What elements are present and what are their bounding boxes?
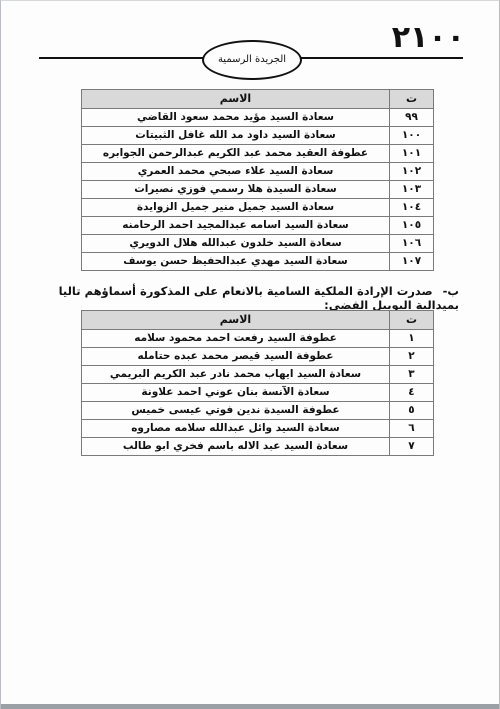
row-index: ١٠١ <box>390 145 434 163</box>
page-bottom-edge <box>1 704 499 709</box>
row-name: سعادة السيد عبد الاله باسم فخري ابو طالب <box>82 438 390 456</box>
silver-jubilee-table: ت الاسم ١عطوفة السيد رفعت احمد محمود سلا… <box>81 310 434 456</box>
row-index: ٩٩ <box>390 109 434 127</box>
table-row: ٣سعادة السيد ايهاب محمد نادر عبد الكريم … <box>82 366 434 384</box>
row-name: سعادة السيد خلدون عبدالله هلال الدويري <box>82 235 390 253</box>
table-row: ٧سعادة السيد عبد الاله باسم فخري ابو طال… <box>82 438 434 456</box>
gazette-page: ٢١٠٠ الجريدة الرسمية ت الاسم ٩٩سعادة الس… <box>0 0 500 709</box>
row-index: ٥ <box>390 402 434 420</box>
row-name: سعادة السيد ايهاب محمد نادر عبد الكريم ا… <box>82 366 390 384</box>
row-name: سعادة السيد علاء صبحي محمد العمري <box>82 163 390 181</box>
row-name: سعادة السيد جميل منير جميل الزوايدة <box>82 199 390 217</box>
section-b-text: صدرت الإرادة الملكية السامية بالانعام عل… <box>59 284 459 312</box>
table-row: ١٠٠سعادة السيد داود مد الله غافل الثبيتا… <box>82 127 434 145</box>
row-name: سعادة السيد اسامه عبدالمجيد احمد الرحامن… <box>82 217 390 235</box>
name-column-header: الاسم <box>82 311 390 330</box>
row-index: ٤ <box>390 384 434 402</box>
table-header-row: ت الاسم <box>82 311 434 330</box>
row-index: ١٠٥ <box>390 217 434 235</box>
table-row: ٥عطوفة السيدة ندين فوتي عيسى خميس <box>82 402 434 420</box>
table-row: ١٠٣سعادة السيدة هلا رسمي فوزي نصيرات <box>82 181 434 199</box>
table-row: ٤سعادة الآنسة بنان عوني احمد علاونة <box>82 384 434 402</box>
row-index: ١٠٢ <box>390 163 434 181</box>
row-name: عطوفة العقيد محمد عبد الكريم عبدالرحمن ا… <box>82 145 390 163</box>
table-row: ١عطوفة السيد رفعت احمد محمود سلامه <box>82 330 434 348</box>
table-row: ١٠٤سعادة السيد جميل منير جميل الزوايدة <box>82 199 434 217</box>
table-row: ٢عطوفة السيد قيصر محمد عبده حتامله <box>82 348 434 366</box>
table-row: ٩٩سعادة السيد مؤيد محمد سعود القاضي <box>82 109 434 127</box>
honorees-table-1: ت الاسم ٩٩سعادة السيد مؤيد محمد سعود الق… <box>81 89 434 271</box>
table-row: ١٠٥سعادة السيد اسامه عبدالمجيد احمد الرح… <box>82 217 434 235</box>
section-b-marker: ب- <box>443 284 459 298</box>
row-index: ٣ <box>390 366 434 384</box>
section-b-paragraph: ب-صدرت الإرادة الملكية السامية بالانعام … <box>39 285 459 313</box>
row-name: عطوفة السيد قيصر محمد عبده حتامله <box>82 348 390 366</box>
row-index: ١٠٦ <box>390 235 434 253</box>
row-index: ١٠٧ <box>390 253 434 271</box>
row-name: سعادة السيدة هلا رسمي فوزي نصيرات <box>82 181 390 199</box>
table-row: ١٠٧سعادة السيد مهدي عبدالحفيظ حسن يوسف <box>82 253 434 271</box>
table-row: ١٠١عطوفة العقيد محمد عبد الكريم عبدالرحم… <box>82 145 434 163</box>
row-index: ٢ <box>390 348 434 366</box>
row-name: عطوفة السيد رفعت احمد محمود سلامه <box>82 330 390 348</box>
table-row: ١٠٢سعادة السيد علاء صبحي محمد العمري <box>82 163 434 181</box>
row-index: ١٠٠ <box>390 127 434 145</box>
page-number: ٢١٠٠ <box>392 23 465 53</box>
row-name: سعادة السيد داود مد الله غافل الثبيتات <box>82 127 390 145</box>
table-row: ٦سعادة السيد وائل عبدالله سلامه مصاروه <box>82 420 434 438</box>
index-column-header: ت <box>390 311 434 330</box>
name-column-header: الاسم <box>82 90 390 109</box>
row-index: ١ <box>390 330 434 348</box>
row-name: سعادة الآنسة بنان عوني احمد علاونة <box>82 384 390 402</box>
gazette-badge: الجريدة الرسمية <box>202 40 302 80</box>
row-index: ١٠٤ <box>390 199 434 217</box>
row-name: عطوفة السيدة ندين فوتي عيسى خميس <box>82 402 390 420</box>
row-name: سعادة السيد وائل عبدالله سلامه مصاروه <box>82 420 390 438</box>
table-header-row: ت الاسم <box>82 90 434 109</box>
table-row: ١٠٦سعادة السيد خلدون عبدالله هلال الدوير… <box>82 235 434 253</box>
row-name: سعادة السيد مؤيد محمد سعود القاضي <box>82 109 390 127</box>
row-index: ١٠٣ <box>390 181 434 199</box>
row-name: سعادة السيد مهدي عبدالحفيظ حسن يوسف <box>82 253 390 271</box>
row-index: ٧ <box>390 438 434 456</box>
index-column-header: ت <box>390 90 434 109</box>
row-index: ٦ <box>390 420 434 438</box>
gazette-badge-label: الجريدة الرسمية <box>218 55 286 65</box>
